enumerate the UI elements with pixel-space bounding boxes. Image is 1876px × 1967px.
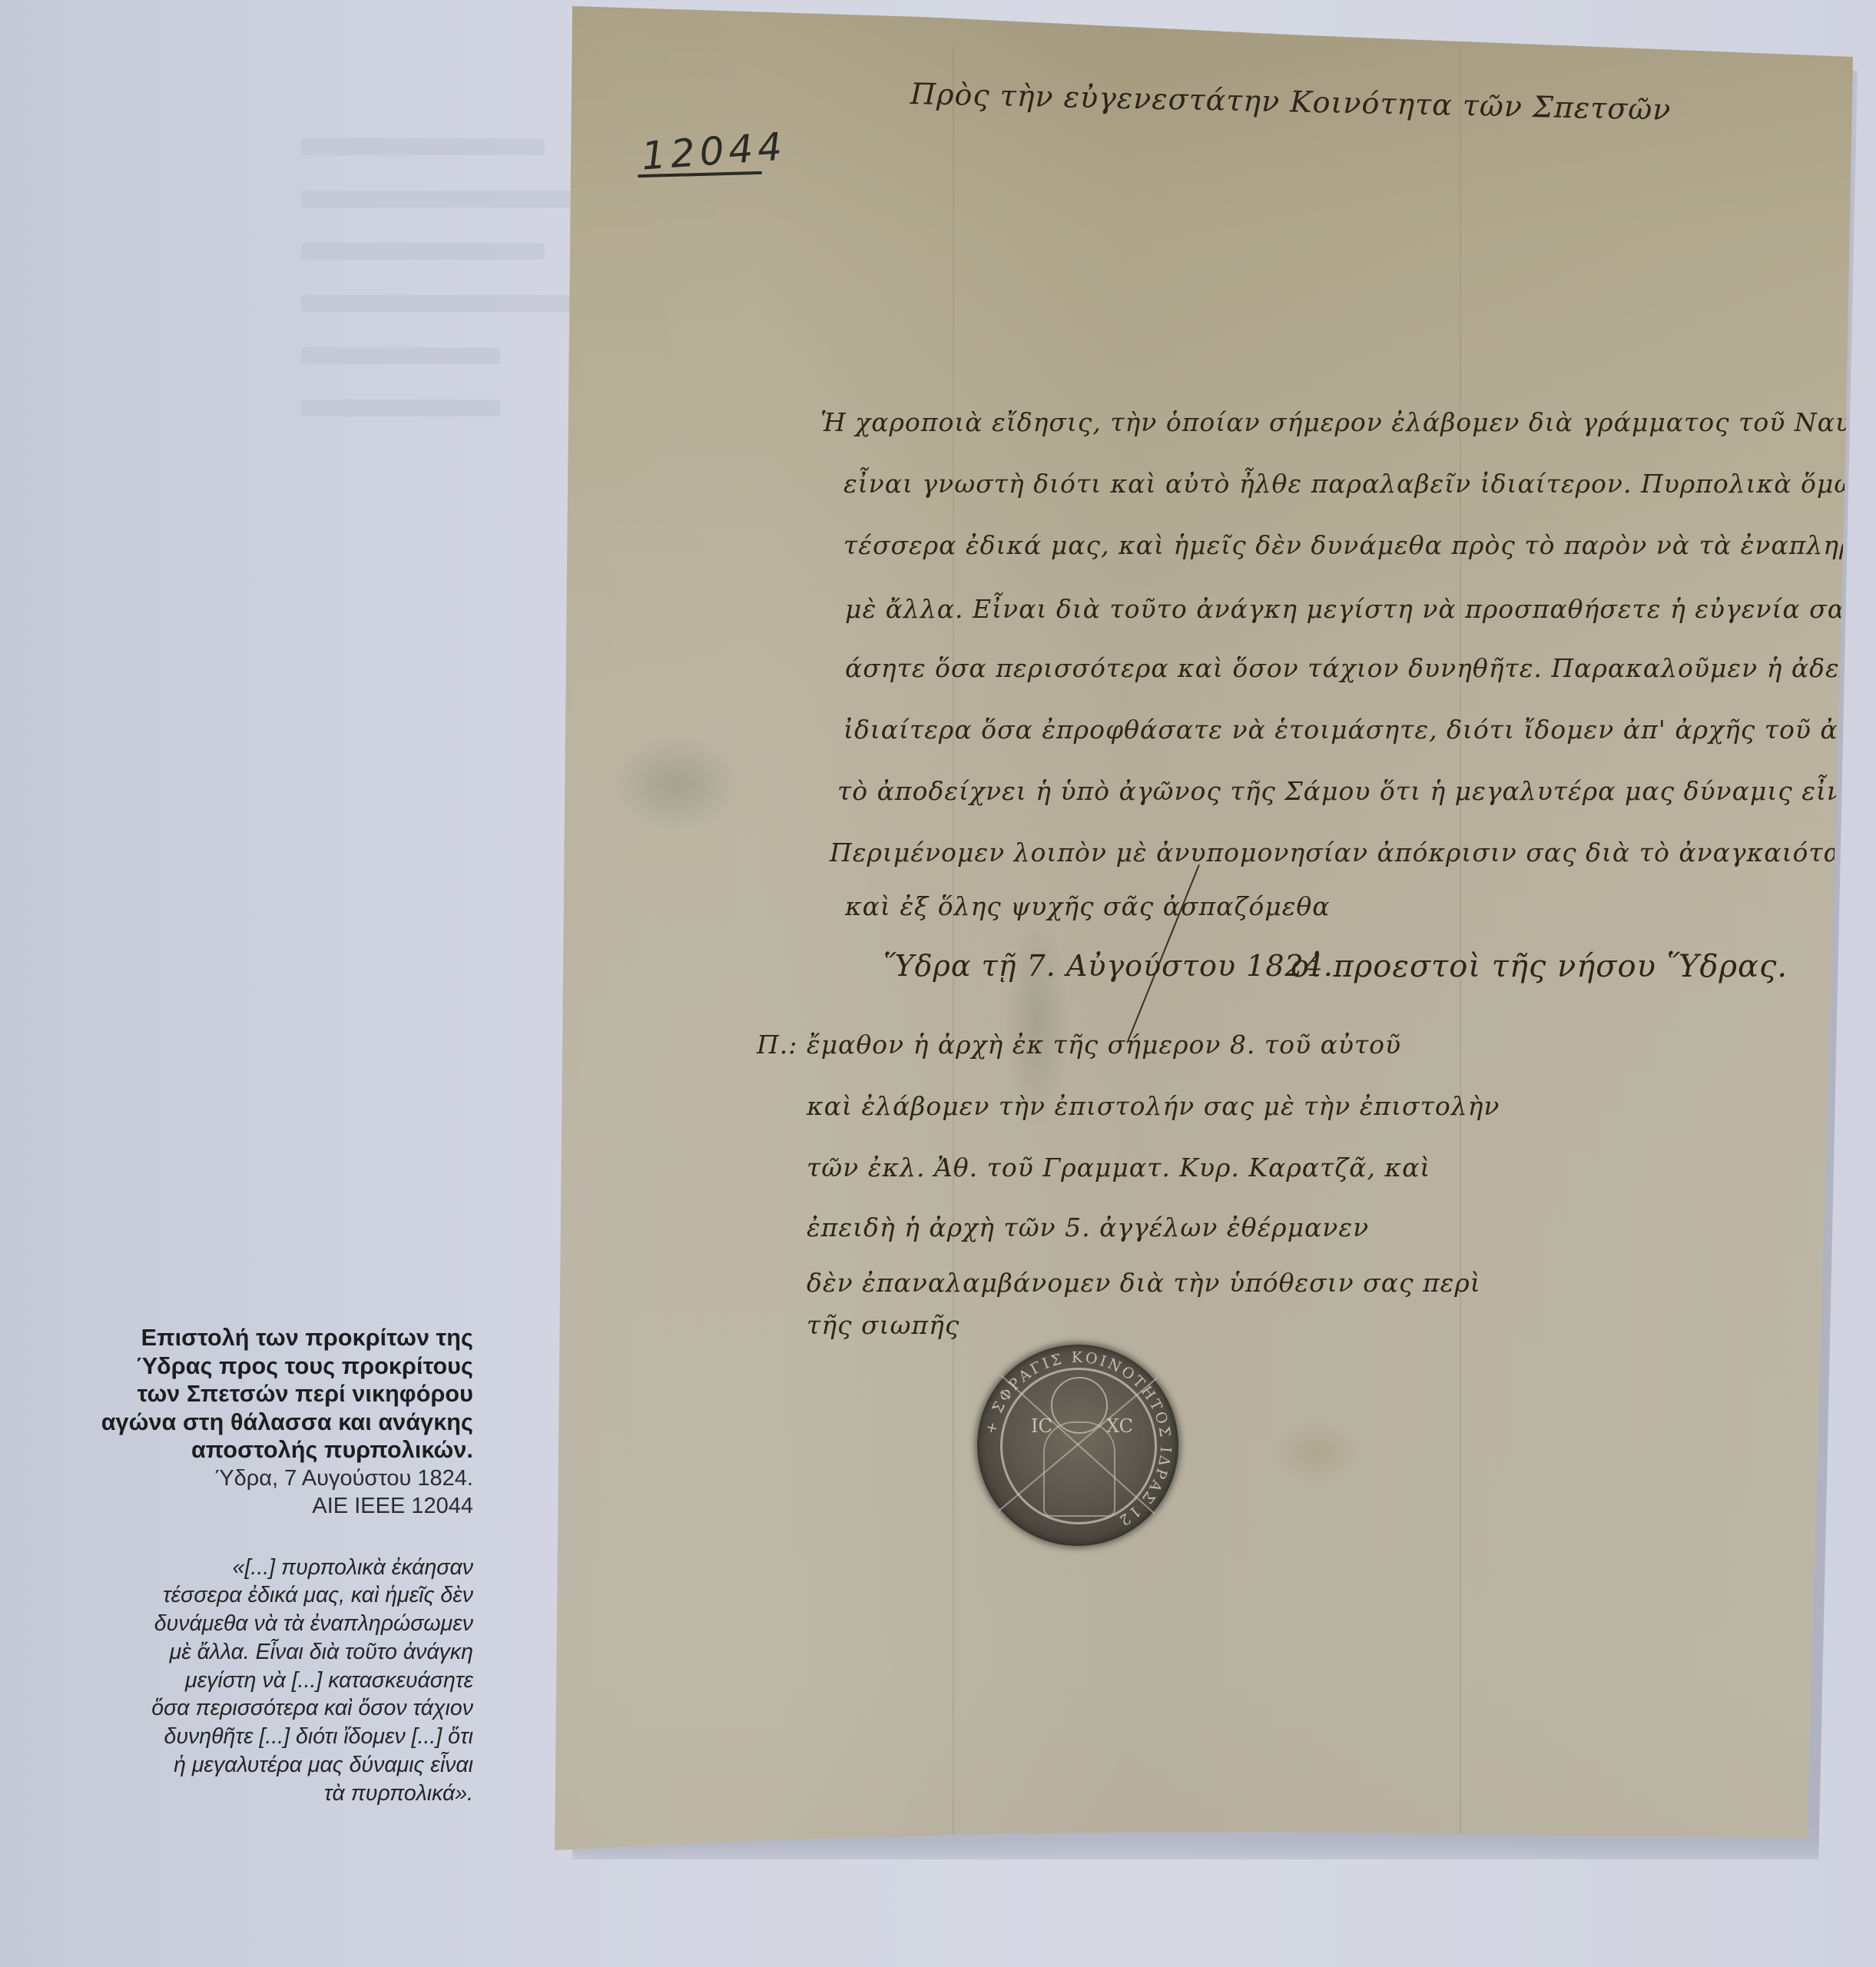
postscript-line: ἐπειδὴ ἡ ἀρχὴ τῶν 5. ἀγγέλων ἐθέρμανεν (807, 1212, 1369, 1242)
caption-title: Επιστολή των προκρίτων της Ύδρας προς το… (61, 1324, 473, 1464)
letter-body-line: ἰδιαίτερα ὅσα ἐπροφθάσατε νὰ ἑτοιμάσητε,… (844, 715, 1876, 745)
letter-body-line: Περιμένομεν λοιπὸν μὲ ἀνυπομονησίαν ἀπόκ… (830, 838, 1876, 867)
letter-body-line: τέσσερα ἐδικά μας, καὶ ἡμεῖς δὲν δυνάμεθ… (844, 530, 1876, 560)
postscript-line: δὲν ἐπαναλαμβάνομεν διὰ τὴν ὑπόθεσιν σας… (807, 1268, 1481, 1298)
letter-signature: οἱ προεστοὶ τῆς νήσου Ὕδρας. (1291, 949, 1788, 984)
postscript-line: Π.: ἔμαθον ἡ ἀρχὴ ἐκ τῆς σήμερον 8. τοῦ … (757, 1030, 1401, 1060)
caption-quote: «[...] πυρπολικὰ ἐκάησαν τέσσερα ἐδικά μ… (61, 1554, 473, 1808)
archive-number: 12044 (640, 124, 788, 178)
letter-body-line: μὲ ἄλλα. Εἶναι διὰ τοῦτο ἀνάγκη μεγίστη … (845, 594, 1876, 624)
letter-body-line: εἶναι γνωστὴ διότι καὶ αὐτὸ ἦλθε παραλαβ… (844, 469, 1876, 499)
postscript-line: τῆς σιωπῆς (807, 1310, 960, 1340)
figure-caption: Επιστολή των προκρίτων της Ύδρας προς το… (61, 1324, 473, 1808)
paper-fold (953, 46, 954, 1836)
postscript-line: τῶν ἐκλ. Ἀθ. τοῦ Γραμματ. Κυρ. Καρατζᾶ, … (807, 1153, 1430, 1183)
letter-body-line: άσητε ὅσα περισσότερα καὶ ὅσον τάχιον δυ… (845, 653, 1876, 683)
postscript-line: καὶ ἐλάβομεν τὴν ἐπιστολήν σας μὲ τὴν ἐπ… (807, 1091, 1500, 1121)
letter-address: Πρὸς τὴν εὐγενεστάτην Κοινότητα τῶν Σπετ… (910, 77, 1672, 127)
caption-place-date: Ύδρα, 7 Αυγούστου 1824. (61, 1464, 473, 1492)
letter-date: Ὕδρα τῇ 7. Αὐγούστου 1824. (883, 949, 1334, 983)
paper-fold (1460, 46, 1461, 1836)
letter-body-line: τὸ ἀποδείχνει ἡ ὑπὸ ἀγῶνος τῆς Σάμου ὅτι… (837, 776, 1876, 806)
wax-seal: IC XC + ΣΦΡΑΓΙΣ ΚΟΙΝΟΤΗΤΟΣ ΙΔΡΑΣ 12 (977, 1345, 1178, 1546)
seal-inscription: + ΣΦΡΑΓΙΣ ΚΟΙΝΟΤΗΤΟΣ ΙΔΡΑΣ 12 (977, 1345, 1178, 1546)
svg-text:+ ΣΦΡΑΓΙΣ ΚΟΙΝΟΤΗΤΟΣ ΙΔΡΑΣ 12: + ΣΦΡΑΓΙΣ ΚΟΙΝΟΤΗΤΟΣ ΙΔΡΑΣ 12 (983, 1349, 1174, 1530)
letter-body-line: καὶ ἐξ ὅλης ψυχῆς σᾶς ἀσπαζόμεθα (845, 891, 1331, 921)
caption-archive-ref: ΑΙΕ ΙΕΕΕ 12044 (61, 1492, 473, 1520)
show-through-text (301, 138, 578, 452)
letter-body-line: Ἡ χαροποιὰ εἴδησις, τὴν ὁποίαν σήμερον ἐ… (820, 407, 1876, 437)
